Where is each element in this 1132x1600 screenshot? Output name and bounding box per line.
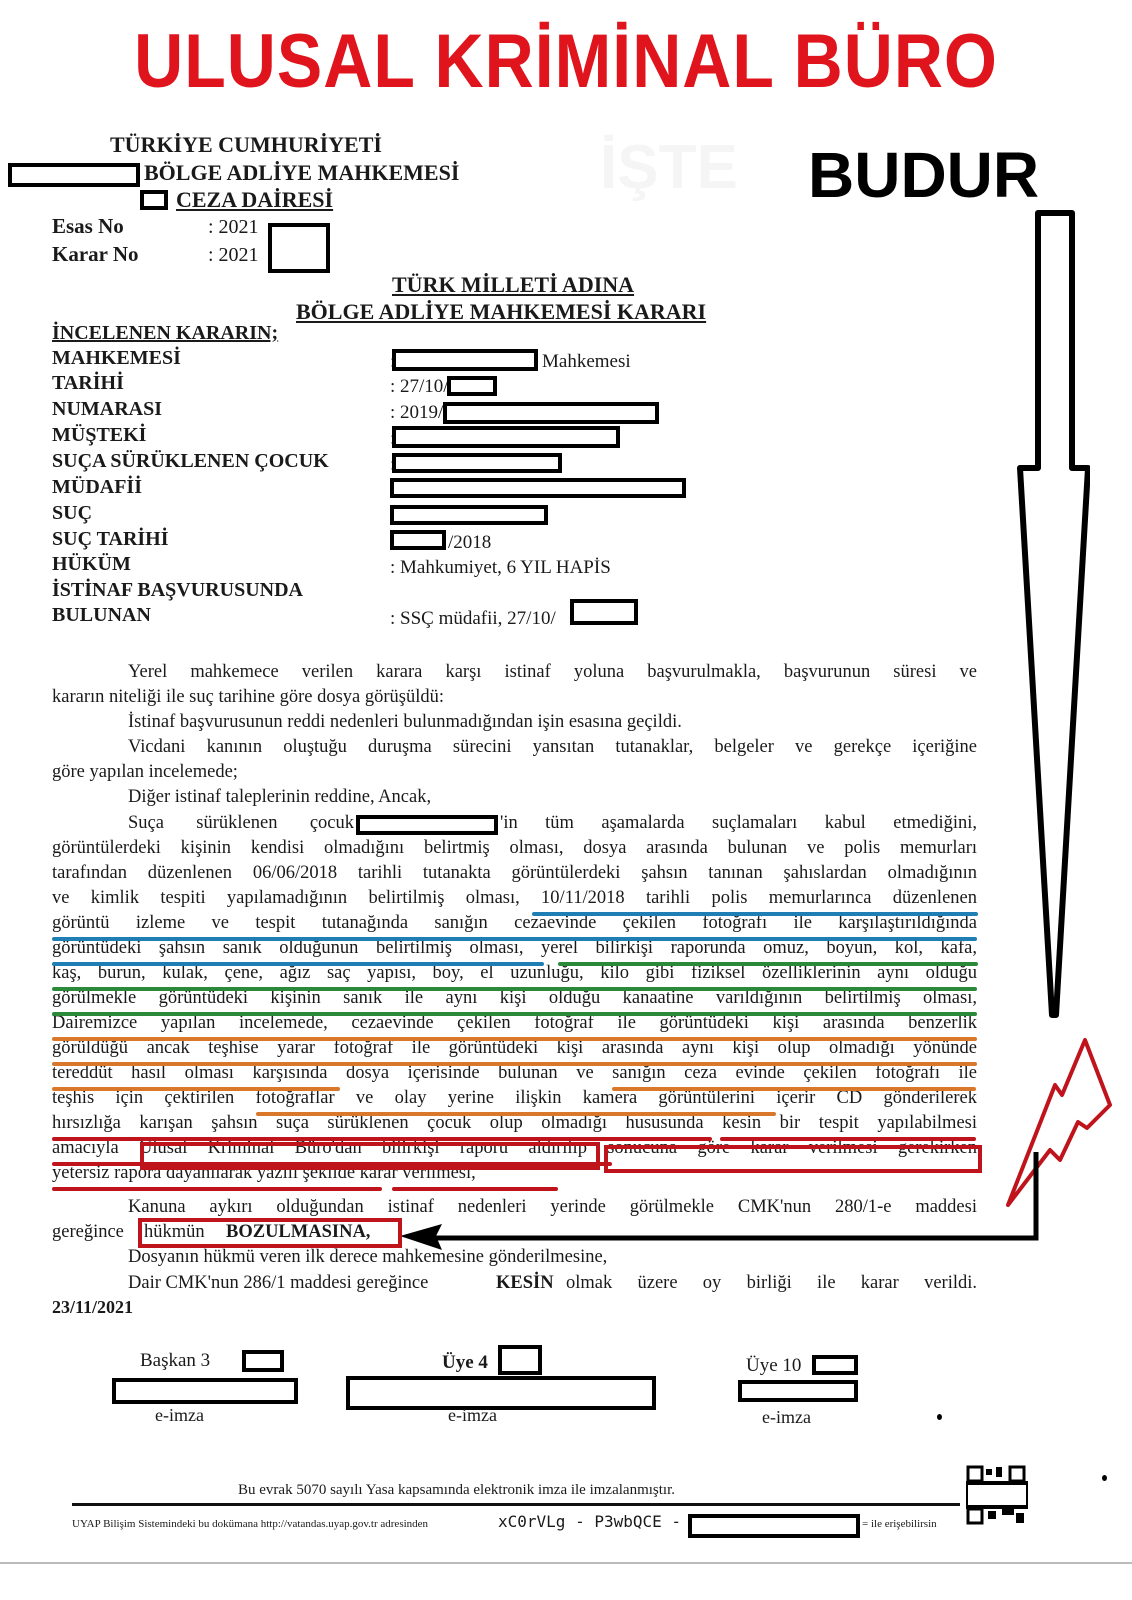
redaction: [498, 1345, 542, 1375]
field-label: MÜDAFİİ: [52, 476, 142, 499]
callout-text: BUDUR: [808, 138, 1039, 212]
redaction: [390, 478, 686, 498]
body-text-line: görüntülerdeki kişinin kendisi olmadığın…: [52, 838, 977, 859]
body-text-line: Diğer istinaf taleplerinin reddine, Anca…: [128, 787, 431, 808]
header-line3: CEZA DAİRESİ: [176, 187, 333, 213]
esas-label: Esas No: [52, 214, 124, 239]
body-text-line: hırsızlığa karışan şahsın suça sürüklene…: [52, 1113, 977, 1134]
banner-title: ULUSAL KRİMİNAL BÜRO: [0, 17, 1132, 104]
body-text-line: tarafından düzenlenen 06/06/2018 tarihli…: [52, 863, 977, 884]
field-label: SUÇ TARİHİ: [52, 528, 169, 551]
body-text-line: ve kimlik tespiti yapılamadığının belirt…: [52, 888, 977, 909]
body-text-line: Kanuna aykırı olduğundan istinaf nedenle…: [128, 1197, 977, 1218]
body-text-line: olmak üzere oy birliği ile karar verildi…: [566, 1273, 977, 1294]
body-text-line: Dair CMK'nun 286/1 maddesi gereğince: [128, 1273, 428, 1294]
redaction: [392, 426, 620, 448]
redaction: [346, 1376, 656, 1410]
body-text-line: göre yapılan incelemede;: [52, 762, 238, 783]
redaction: [392, 453, 562, 473]
redaction: [392, 349, 538, 371]
verification-code[interactable]: xC0rVLg - P3wbQCE -: [498, 1512, 681, 1531]
body-text-line: KESİN: [496, 1273, 554, 1294]
signature-esign: e-imza: [155, 1405, 204, 1426]
redaction: [242, 1350, 284, 1372]
field-value: : 2019/: [390, 402, 443, 424]
redaction: [268, 223, 330, 273]
field-suffix: Mahkemesi: [542, 351, 631, 373]
field-suffix: /2018: [448, 532, 491, 554]
field-label: NUMARASI: [52, 398, 162, 421]
body-text-line: teşhis için çektirilen fotoğraflar ve ol…: [52, 1088, 977, 1109]
reviewed-heading: İNCELENEN KARARIN;: [52, 322, 278, 345]
redaction: [140, 190, 168, 210]
esas-value: : 2021: [208, 216, 259, 239]
body-text-line: Vicdani kanının oluştuğu duruşma sürecin…: [128, 737, 977, 758]
body-text-line: 'in tüm aşamalarda suçlamaları kabul etm…: [500, 813, 977, 834]
field-label: SUÇA SÜRÜKLENEN ÇOCUK: [52, 450, 329, 473]
karar-value: : 2021: [208, 244, 259, 267]
signature-esign: e-imza: [762, 1407, 811, 1428]
decision-title-line2: BÖLGE ADLİYE MAHKEMESİ KARARI: [296, 299, 706, 325]
field-label: TARİHİ: [52, 372, 124, 395]
redaction: [738, 1380, 858, 1402]
body-text-line: tereddüt hasıl olması karşısında dosya i…: [52, 1063, 977, 1084]
field-label: MÜŞTEKİ: [52, 424, 146, 447]
redaction: [390, 530, 446, 550]
body-text-line: görüntü izleme ve tespit tutanağında san…: [52, 913, 977, 934]
field-value: : SSÇ müdafii, 27/10/: [390, 608, 556, 630]
redaction: [447, 376, 497, 396]
esign-notice: Bu evrak 5070 sayılı Yasa kapsamında ele…: [238, 1482, 675, 1499]
field-label: SUÇ: [52, 502, 92, 525]
field-label: MAHKEMESİ: [52, 347, 181, 370]
decision-title-line1: TÜRK MİLLETİ ADINA: [392, 272, 634, 298]
body-text-line: görüldüğü ancak teşhise yarar fotoğraf i…: [52, 1038, 977, 1059]
highlight-box: [604, 1145, 982, 1173]
highlight-box: [140, 1142, 600, 1170]
karar-label: Karar No: [52, 242, 139, 267]
body-text-line: Dosyanın hükmü veren ilk derece mahkemes…: [128, 1247, 607, 1268]
redaction: [570, 599, 638, 625]
redaction: [112, 1378, 298, 1404]
body-text-line: Dairemizce yapılan incelemede, cezaevind…: [52, 1013, 977, 1034]
body-text-line: görüntüdeki şahsın sanık olduğunun belir…: [52, 938, 977, 959]
redaction: [356, 815, 498, 835]
redaction: [443, 402, 659, 424]
field-label: HÜKÜM: [52, 553, 131, 576]
header-line2: BÖLGE ADLİYE MAHKEMESİ: [144, 160, 459, 186]
redaction: [812, 1355, 858, 1375]
qr-code-icon[interactable]: [966, 1465, 1028, 1525]
body-text-line: İstinaf başvurusunun reddi nedenleri bul…: [128, 712, 682, 733]
body-text-line: Yerel mahkemece verilen karara karşı ist…: [128, 662, 977, 683]
field-label: BULUNAN: [52, 604, 151, 627]
body-text-line: kararın niteliği ile suç tarihine göre d…: [52, 687, 444, 708]
signature-role: Üye 4: [442, 1352, 488, 1374]
redaction: [8, 163, 140, 187]
body-text-line: kaş, burun, kulak, çene, ağız saç yapısı…: [52, 963, 977, 984]
redaction: [688, 1514, 860, 1538]
uyap-prefix: UYAP Bilişim Sistemindeki bu dokümana ht…: [72, 1518, 428, 1530]
body-text-line: görülmekle görüntüdeki kişinin sanık ile…: [52, 988, 977, 1009]
field-value: : Mahkumiyet, 6 YIL HAPİS: [390, 557, 611, 579]
uyap-suffix: = ile erişebilirsin: [862, 1518, 937, 1530]
signature-role: Üye 10: [746, 1355, 801, 1377]
signature-role: Başkan 3: [140, 1350, 210, 1372]
body-text-line: Suça sürüklenen çocuk: [128, 813, 354, 834]
decision-date: 23/11/2021: [52, 1297, 133, 1318]
signature-esign: e-imza: [448, 1405, 497, 1426]
body-text-line: gereğince: [52, 1222, 124, 1243]
ghost-text: İŞTE: [600, 132, 738, 203]
header-line1: TÜRKİYE CUMHURİYETİ: [110, 132, 382, 158]
highlight-box-verdict: [138, 1218, 402, 1248]
field-value: : 27/10/: [390, 376, 449, 398]
field-label: İSTİNAF BAŞVURUSUNDA: [52, 579, 303, 602]
redaction: [390, 505, 548, 525]
down-arrow-icon: [990, 205, 1090, 1025]
